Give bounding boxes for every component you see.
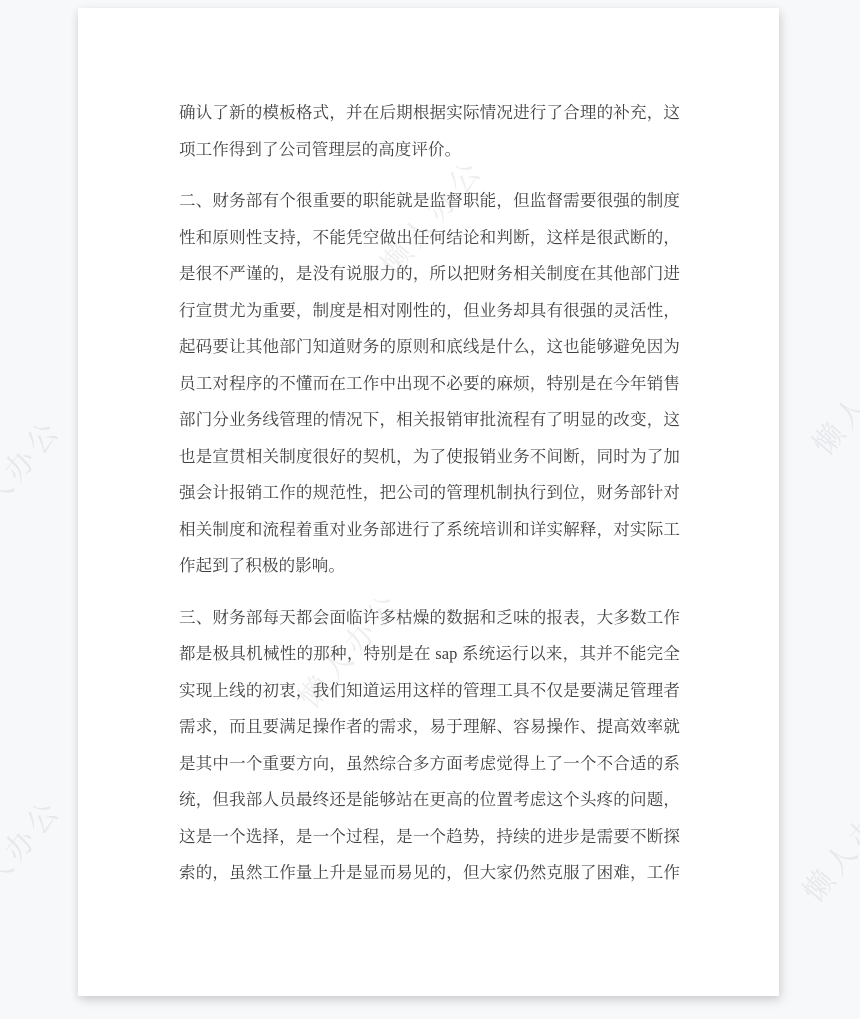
text-line: 部门分业务线管理的情况下，相关报销审批流程有了明显的改变，这: [179, 402, 680, 439]
document-body: 确认了新的模板格式，并在后期根据实际情况进行了合理的补充，这项工作得到了公司管理…: [179, 95, 680, 892]
text-line: 项工作得到了公司管理层的高度评价。: [179, 132, 680, 169]
text-line: 行宣贯尤为重要，制度是相对刚性的，但业务却具有很强的灵活性，: [179, 293, 680, 330]
watermark-text: 懒人办公: [0, 787, 70, 923]
text-line: 是其中一个重要方向，虽然综合多方面考虑觉得上了一个不合适的系: [179, 746, 680, 783]
text-line: 员工对程序的不懂而在工作中出现不必要的麻烦，特别是在今年销售: [179, 366, 680, 403]
text-line: 确认了新的模板格式，并在后期根据实际情况进行了合理的补充，这: [179, 95, 680, 132]
text-line: 性和原则性支持，不能凭空做出任何结论和判断，这样是很武断的，: [179, 220, 680, 257]
paragraph: 二、财务部有个很重要的职能就是监督职能，但监督需要很强的制度性和原则性支持，不能…: [179, 183, 680, 585]
text-line: 这是一个选择，是一个过程，是一个趋势，持续的进步是需要不断探: [179, 819, 680, 856]
text-line: 三、财务部每天都会面临许多枯燥的数据和乏味的报表，大多数工作: [179, 600, 680, 637]
paragraph: 三、财务部每天都会面临许多枯燥的数据和乏味的报表，大多数工作都是极具机械性的那种…: [179, 600, 680, 892]
watermark-text: 懒人办公: [800, 327, 860, 463]
text-line: 需求，而且要满足操作者的需求，易于理解、容易操作、提高效率就: [179, 709, 680, 746]
paragraph: 确认了新的模板格式，并在后期根据实际情况进行了合理的补充，这项工作得到了公司管理…: [179, 95, 680, 168]
text-line: 强会计报销工作的规范性，把公司的管理机制执行到位，财务部针对: [179, 475, 680, 512]
text-line: 也是宣贯相关制度很好的契机，为了使报销业务不间断，同时为了加: [179, 439, 680, 476]
page-background: 确认了新的模板格式，并在后期根据实际情况进行了合理的补充，这项工作得到了公司管理…: [0, 0, 860, 1019]
text-line: 相关制度和流程着重对业务部进行了系统培训和详实解释，对实际工: [179, 512, 680, 549]
watermark-text: 懒人办公: [0, 407, 70, 543]
text-line: 作起到了积极的影响。: [179, 548, 680, 585]
text-line: 实现上线的初衷，我们知道运用这样的管理工具不仅是要满足管理者: [179, 673, 680, 710]
text-line: 起码要让其他部门知道财务的原则和底线是什么，这也能够避免因为: [179, 329, 680, 366]
watermark-text: 懒人办公: [790, 774, 860, 910]
text-line: 都是极具机械性的那种，特别是在 sap 系统运行以来，其并不能完全: [179, 636, 680, 673]
text-line: 统，但我部人员最终还是能够站在更高的位置考虑这个头疼的问题，: [179, 782, 680, 819]
text-line: 是很不严谨的，是没有说服力的，所以把财务相关制度在其他部门进: [179, 256, 680, 293]
text-line: 索的，虽然工作量上升是显而易见的，但大家仍然克服了困难，工作: [179, 855, 680, 892]
text-line: 二、财务部有个很重要的职能就是监督职能，但监督需要很强的制度: [179, 183, 680, 220]
document-page: 确认了新的模板格式，并在后期根据实际情况进行了合理的补充，这项工作得到了公司管理…: [78, 8, 779, 996]
